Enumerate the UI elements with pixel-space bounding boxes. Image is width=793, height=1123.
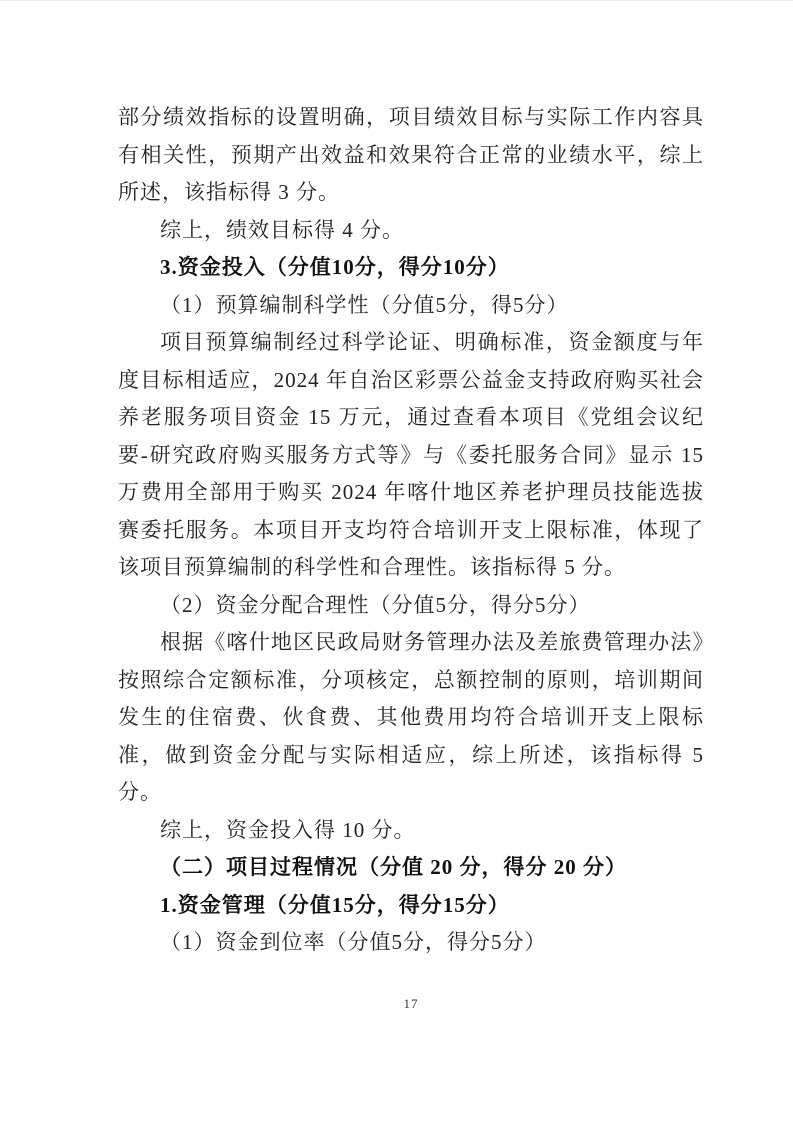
document-body: 部分绩效指标的设置明确，项目绩效目标与实际工作内容具有相关性，预期产出效益和效果… — [118, 99, 704, 962]
para-indicator-setting-continuation: 部分绩效指标的设置明确，项目绩效目标与实际工作内容具有相关性，预期产出效益和效果… — [118, 99, 704, 212]
para-fund-allocation-subheading: （2）资金分配合理性（分值5分，得分5分） — [118, 587, 704, 625]
heading-project-process: （二）项目过程情况（分值 20 分，得分 20 分） — [118, 849, 704, 887]
document-page: 部分绩效指标的设置明确，项目绩效目标与实际工作内容具有相关性，预期产出效益和效果… — [0, 0, 793, 1123]
page-number: 17 — [118, 996, 704, 1012]
para-fund-arrival-rate-subheading: （1）资金到位率（分值5分，得分5分） — [118, 924, 704, 962]
heading-fund-management: 1.资金管理（分值15分，得分15分） — [118, 887, 704, 925]
heading-funding-input: 3.资金投入（分值10分，得分10分） — [118, 249, 704, 287]
para-funding-input-summary: 综上，资金投入得 10 分。 — [118, 812, 704, 850]
para-budget-science-detail: 项目预算编制经过科学论证、明确标准，资金额度与年度目标相适应，2024 年自治区… — [118, 324, 704, 587]
para-performance-goal-summary: 综上，绩效目标得 4 分。 — [118, 212, 704, 250]
para-fund-allocation-detail: 根据《喀什地区民政局财务管理办法及差旅费管理办法》按照综合定额标准，分项核定，总… — [118, 624, 704, 812]
para-budget-science-subheading: （1）预算编制科学性（分值5分，得5分） — [118, 287, 704, 325]
